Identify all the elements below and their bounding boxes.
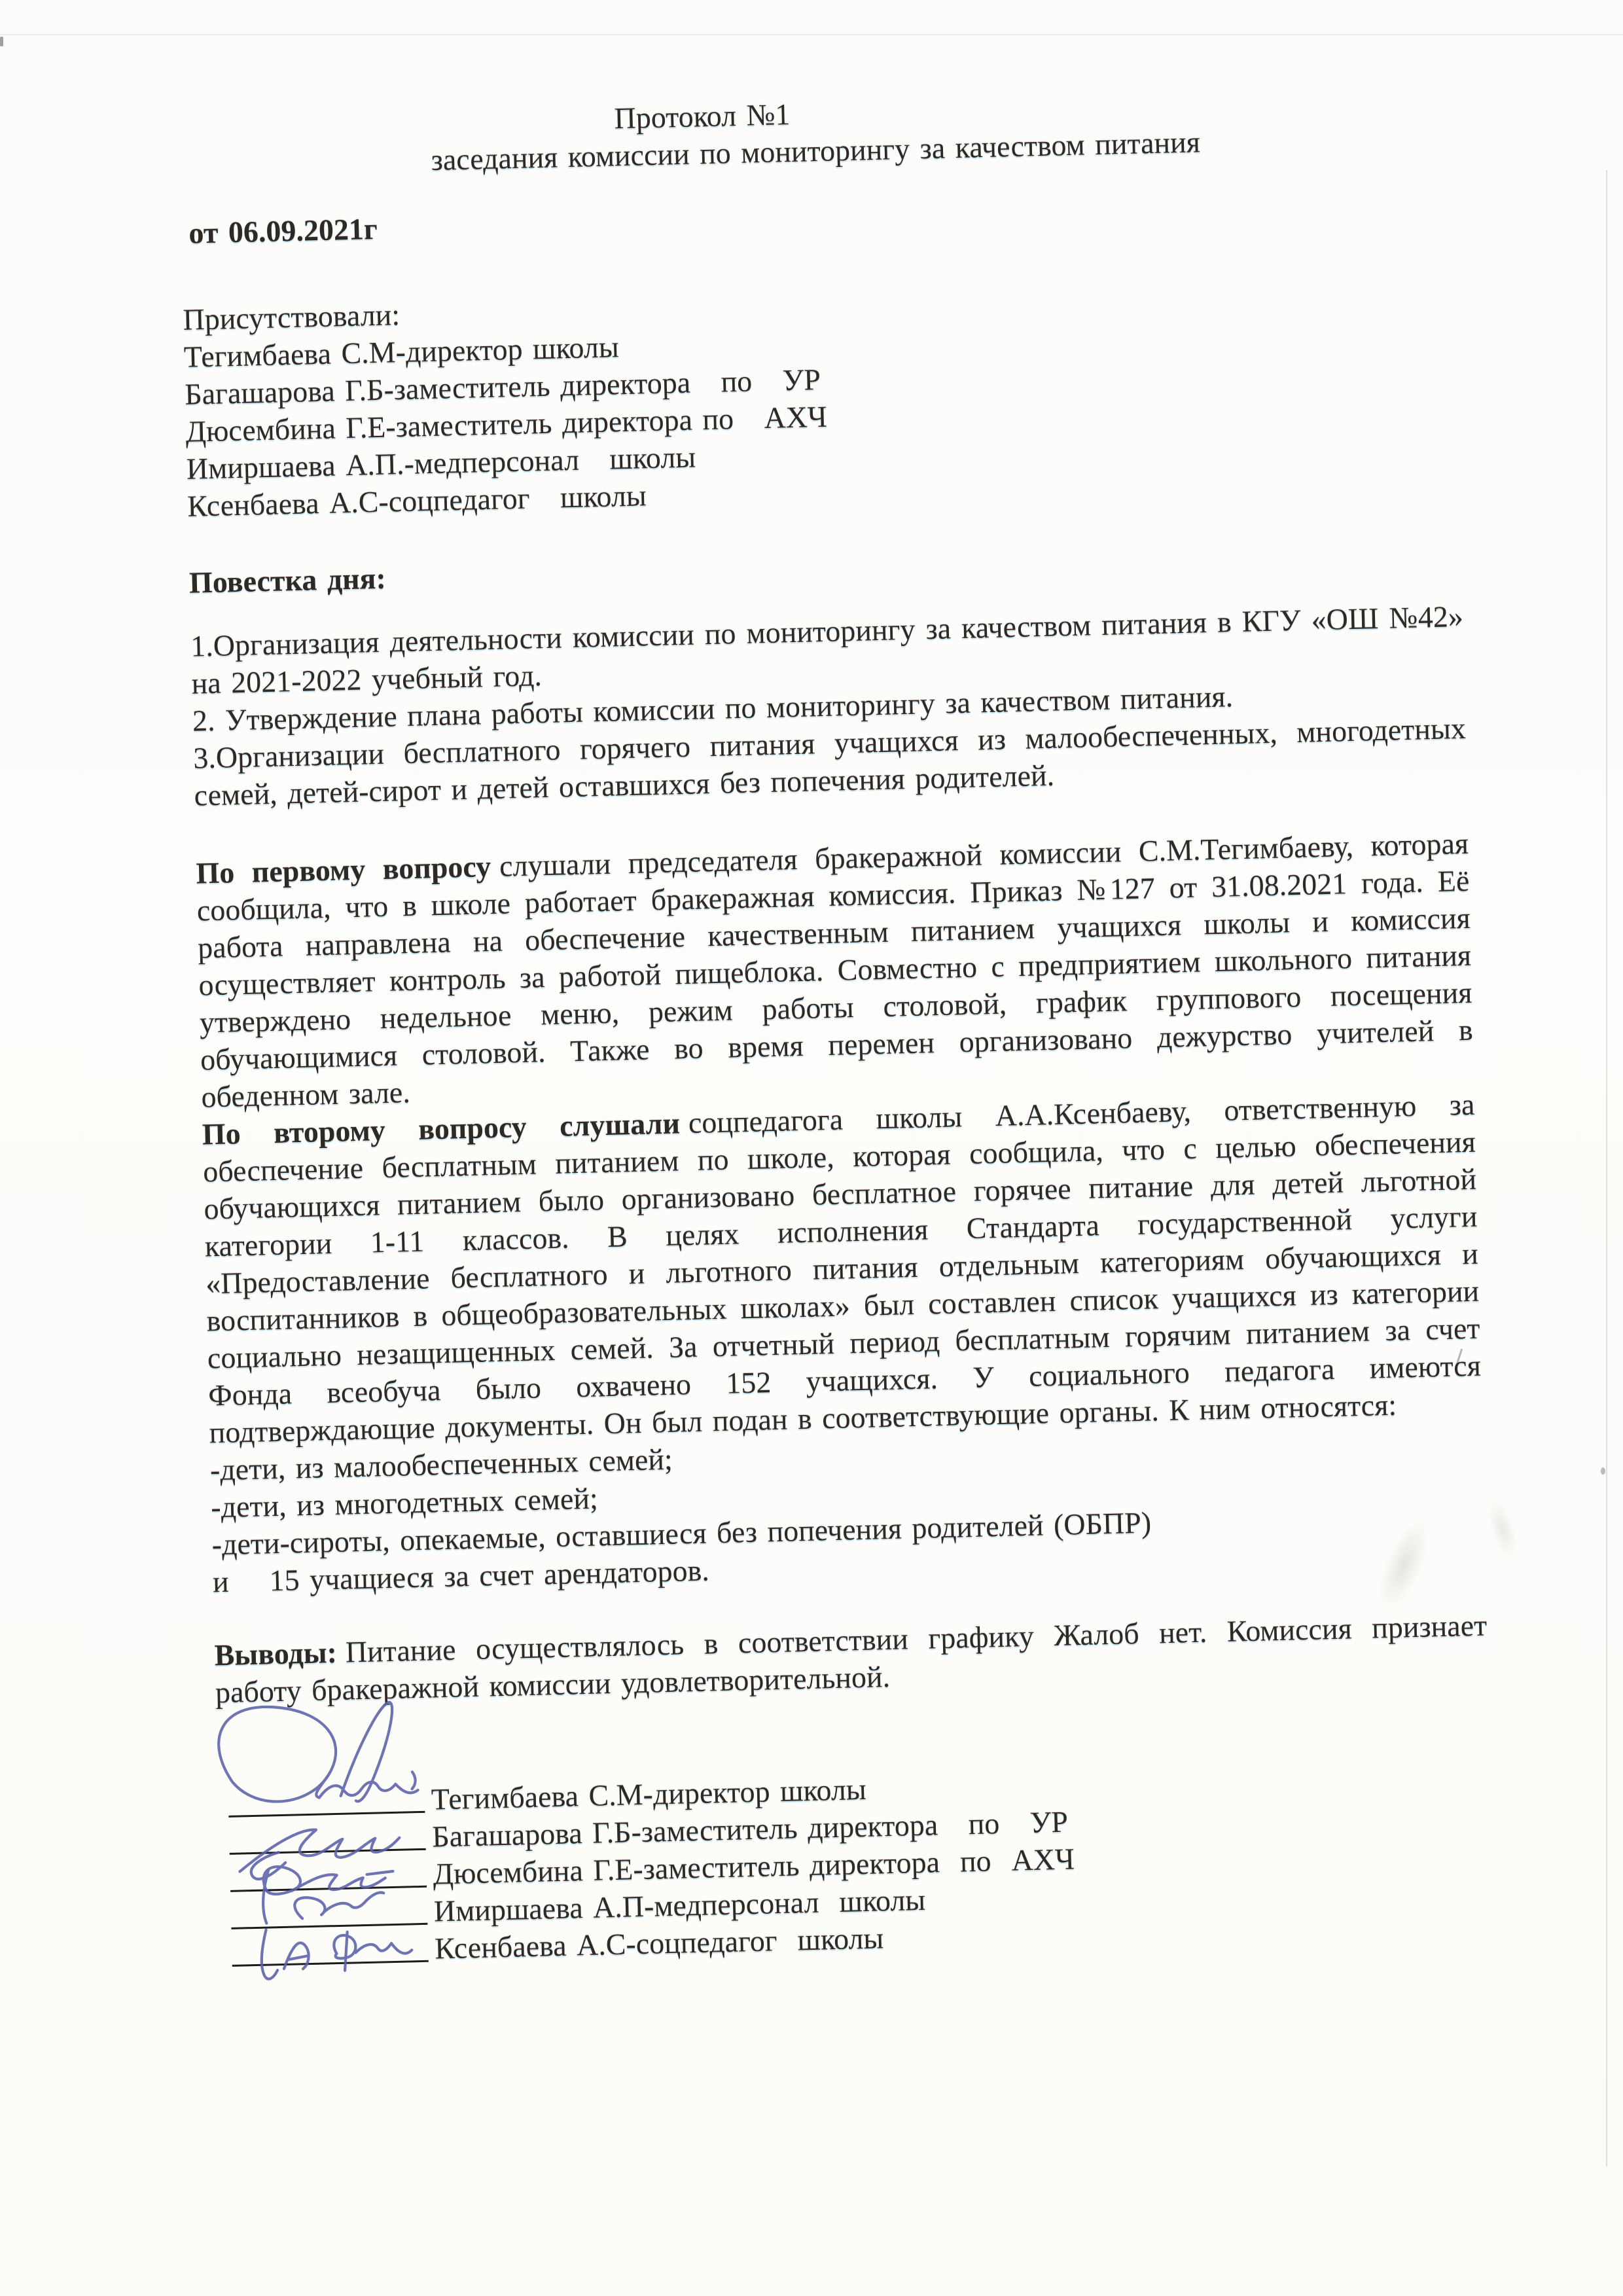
protocol-date: от 06.09.2021г xyxy=(181,185,1454,252)
scanned-document-page: Протокол №1 заседания комиссии по монито… xyxy=(0,0,1623,2296)
agenda-list: 1.Организация деятельности комиссии по м… xyxy=(190,598,1467,814)
signature-line xyxy=(228,1811,425,1818)
paragraph-first-question: По первому вопросуслушали председателя б… xyxy=(196,825,1474,1116)
first-question-lead: По первому вопросу xyxy=(196,850,491,890)
page-title: Протокол №1 xyxy=(614,98,791,135)
signature-line xyxy=(231,1923,427,1929)
scan-smudge xyxy=(1482,1496,1524,1562)
scanner-edge-line-right xyxy=(1606,170,1607,2166)
signature-line xyxy=(230,1886,427,1892)
signature-line xyxy=(232,1960,429,1967)
conclusion-lead: Выводы: xyxy=(214,1636,337,1672)
document-content: Протокол №1 заседания комиссии по монито… xyxy=(178,80,1495,1972)
signature-line xyxy=(230,1848,426,1855)
signature-block: Тегимбаева С.М-директор школы Багашарова… xyxy=(217,1755,1494,1972)
scan-speck xyxy=(1601,1467,1605,1475)
paragraph-second-question: По второму вопросу слушалисоцпедагога шк… xyxy=(202,1086,1482,1452)
scan-artifact xyxy=(0,37,3,46)
conclusion-text: Питание осуществлялось в соответствии гр… xyxy=(215,1609,1487,1710)
conclusion-paragraph: Выводы:Питание осуществлялось в соответс… xyxy=(214,1607,1488,1712)
scanner-edge-line xyxy=(0,34,1623,35)
agenda-heading: Повестка дня: xyxy=(188,534,1462,601)
